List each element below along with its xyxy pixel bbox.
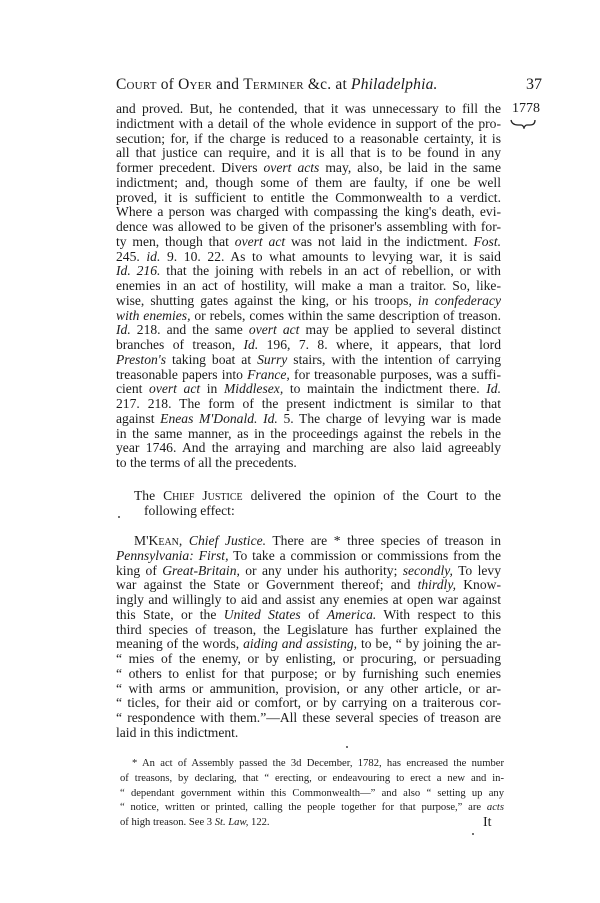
text-line: treasonable papers into France, for trea… [116, 368, 501, 383]
text-run: ty men, though that [116, 234, 229, 249]
text-line: and proved. But, he contended, that it w… [116, 102, 501, 117]
italic-run: Eneas M'Donald. Id. [160, 411, 278, 426]
citation-run: Id. [486, 381, 501, 396]
speaker-title: Chief Justice. [189, 533, 266, 548]
title-oyer: Oyer [178, 76, 212, 93]
text-run: To take a commission or commissions from… [228, 548, 501, 563]
footnote-line: of high treason. See 3 St. Law, 122. [120, 817, 504, 832]
text-run: stairs, with the intention of carrying [287, 352, 501, 367]
italic-run: in confederacy [418, 293, 501, 308]
text-line: The Chief Justice delivered the opinion … [116, 489, 501, 504]
text-run: “ notice, written or printed, calling th… [120, 802, 487, 813]
text-line: king of Great-Britain, or any under his … [116, 564, 501, 579]
text-run: war against the State or Government ther… [116, 577, 418, 592]
text-line: “ respondence with them.”—All these seve… [116, 711, 501, 726]
italic-run: Great-Britain, [162, 563, 240, 578]
text-run: The [134, 488, 163, 503]
text-run: may, also, be laid in the same [319, 160, 501, 175]
text-run: king of [116, 563, 162, 578]
text-line: year 1746. And the arraying and marching… [116, 441, 501, 456]
text-line: 217. 218. The form of the present indict… [116, 397, 501, 412]
scan-speck [472, 833, 474, 835]
text-line: following effect: [116, 504, 501, 519]
text-run: may be applied to several distinct [299, 322, 501, 337]
italic-run: with enemies, [116, 308, 190, 323]
title-of: of [157, 76, 178, 93]
text-run: delivered the opinion of the Court to th… [243, 488, 501, 503]
italic-run: overt act [249, 322, 300, 337]
text-run: meaning of the words, [116, 636, 243, 651]
text-line: enemies in an act of hostility, will mak… [116, 279, 501, 294]
speaker-name: Chief Justice [163, 488, 243, 503]
citation-run: Fost. [473, 234, 501, 249]
italic-run: Middlesex, [224, 381, 283, 396]
text-line: proved, it is sufficient to entitle the … [116, 191, 501, 206]
text-line: all that justice can require, and it is … [116, 146, 501, 161]
text-line: against Eneas M'Donald. Id. 5. The charg… [116, 412, 501, 427]
text-run: 122. [248, 817, 269, 828]
text-line: 245. id. 9. 10. 22. As to what amounts t… [116, 250, 501, 265]
text-run: that the joining with rebels in an act o… [166, 263, 501, 278]
italic-run: acts [487, 802, 504, 813]
text-run: 9. 10. 22. As to what amounts to levying… [160, 249, 501, 264]
text-line: Id. 218. and the same overt act may be a… [116, 323, 501, 338]
text-line: Preston's taking boat at Surry stairs, w… [116, 353, 501, 368]
speaker-name: M'Kean, [134, 533, 182, 548]
text-line: “ others to enlist for that purpose; or … [116, 667, 501, 682]
title-etc: &c. at [304, 76, 351, 93]
text-run: 196, 7. 8. where, it appears, that lord [258, 337, 501, 352]
italic-run: overt act [235, 234, 285, 249]
italic-run: secondly, [403, 563, 453, 578]
citation-run: Id. [244, 337, 259, 352]
catchword: It [483, 815, 492, 831]
footnote-line: * An act of Assembly passed the 3d Decem… [120, 758, 504, 773]
text-line: secution; for, if the charge is reduced … [116, 132, 501, 147]
text-run: for treasonable purposes, was a suffi- [290, 367, 501, 382]
italic-run: Surry [257, 352, 287, 367]
text-line: dence was allowed to be given of the pri… [116, 220, 501, 235]
text-run: or any under his authority; [240, 563, 403, 578]
italic-run: America. [327, 607, 376, 622]
text-run: There are * three species of treason in [266, 533, 501, 548]
text-run: in [200, 381, 224, 396]
text-run: 245. [116, 249, 140, 264]
text-run: To levy [453, 563, 501, 578]
running-header: Court of Oyer and Terminer &c. at Philad… [116, 76, 542, 98]
text-run: Know- [456, 577, 501, 592]
text-run: or rebels, comes within the same descrip… [190, 308, 501, 323]
text-line: indictment with a detail of the whole ev… [116, 117, 501, 132]
italic-run: United States [224, 607, 301, 622]
italic-run: France, [247, 367, 290, 382]
text-line: meaning of the words, aiding and assisti… [116, 637, 501, 652]
text-line: ingly and willingly to aid and assist an… [116, 593, 501, 608]
text-line: to the terms of all the precedents. [116, 456, 501, 471]
text-run: of high treason. See 3 [120, 817, 215, 828]
text-run: against [116, 411, 155, 426]
paragraph-chief-justice-intro: The Chief Justice delivered the opinion … [116, 489, 501, 519]
text-line: “ mies of the enemy, or by enlisting, or… [116, 652, 501, 667]
text-run: to be, “ by joining the ar- [357, 636, 501, 651]
text-run: cient [116, 381, 142, 396]
citation-run: Id. [116, 322, 131, 337]
text-run: branches of treason, [116, 337, 235, 352]
text-run: wise, shutting gates against the king, o… [116, 293, 412, 308]
text-run: of [301, 607, 327, 622]
text-line: in the same manner, as in the proceeding… [116, 427, 501, 442]
title-philadelphia: Philadelphia. [351, 76, 438, 93]
text-run: former precedent. Divers [116, 160, 257, 175]
citation-run: id. [146, 249, 160, 264]
citation-run: St. Law, [215, 817, 249, 828]
italic-run: overt act [149, 381, 200, 396]
footnote: * An act of Assembly passed the 3d Decem… [120, 758, 504, 832]
title-terminer: Terminer [243, 76, 304, 93]
text-line: laid in this indictment. [116, 726, 501, 741]
title-and: and [212, 76, 243, 93]
text-line: M'Kean, Chief Justice. There are * three… [116, 534, 501, 549]
text-line: third species of treason, the Legislatur… [116, 623, 501, 638]
page-number: 37 [526, 76, 542, 94]
text-line: “ with arms or ammunition, provision, or… [116, 682, 501, 697]
text-run: 5. The charge of levying war is made [278, 411, 501, 426]
scan-speck [118, 516, 120, 518]
text-line: former precedent. Divers overt acts may,… [116, 161, 501, 176]
text-line: indictment; and, though some of them are… [116, 176, 501, 191]
text-line: cient overt act in Middlesex, to maintai… [116, 382, 501, 397]
text-line: Pennsylvania: First, To take a commissio… [116, 549, 501, 564]
footnote-line: “ notice, written or printed, calling th… [120, 802, 504, 817]
margin-brace-icon [510, 119, 536, 129]
text-line: wise, shutting gates against the king, o… [116, 294, 501, 309]
italic-run: Pennsylvania: [116, 548, 194, 563]
title-court: Court [116, 76, 157, 93]
text-run: treasonable papers into [116, 367, 243, 382]
citation-run: Id. 216. [116, 263, 160, 278]
text-line: branches of treason, Id. 196, 7. 8. wher… [116, 338, 501, 353]
text-line: war against the State or Government ther… [116, 578, 501, 593]
text-line: Id. 216. that the joining with rebels in… [116, 264, 501, 279]
text-run: to maintain the indictment there. [283, 381, 486, 396]
paragraph-argument: and proved. But, he contended, that it w… [116, 102, 501, 471]
text-run: With respect to this [376, 607, 501, 622]
running-title: Court of Oyer and Terminer &c. at Philad… [116, 76, 438, 94]
text-line: ty men, though that overt act was not la… [116, 235, 501, 250]
italic-run: thirdly, [418, 577, 456, 592]
paragraph-opinion: M'Kean, Chief Justice. There are * three… [116, 534, 501, 741]
text-line: “ ticles, for their aid or comfort, or b… [116, 696, 501, 711]
italic-run: overt acts [264, 160, 320, 175]
text-run: taking boat at [172, 352, 251, 367]
text-line: Where a person was charged with compassi… [116, 205, 501, 220]
italic-run: First, [199, 548, 229, 563]
footnote-line: of treasons, by declaring, that “ erecti… [120, 773, 504, 788]
italic-run: Preston's [116, 352, 166, 367]
italic-run: aiding and assisting, [243, 636, 357, 651]
text-line: with enemies, or rebels, comes within th… [116, 309, 501, 324]
text-run: 218. and the same [137, 322, 243, 337]
footnote-line: “ dependant government within this Commo… [120, 788, 504, 803]
text-line: this State, or the United States of Amer… [116, 608, 501, 623]
margin-year-note: 1778 [512, 101, 540, 117]
scan-speck [346, 746, 348, 748]
text-run: this State, or the [116, 607, 224, 622]
text-run: was not laid in the indictment. [285, 234, 473, 249]
